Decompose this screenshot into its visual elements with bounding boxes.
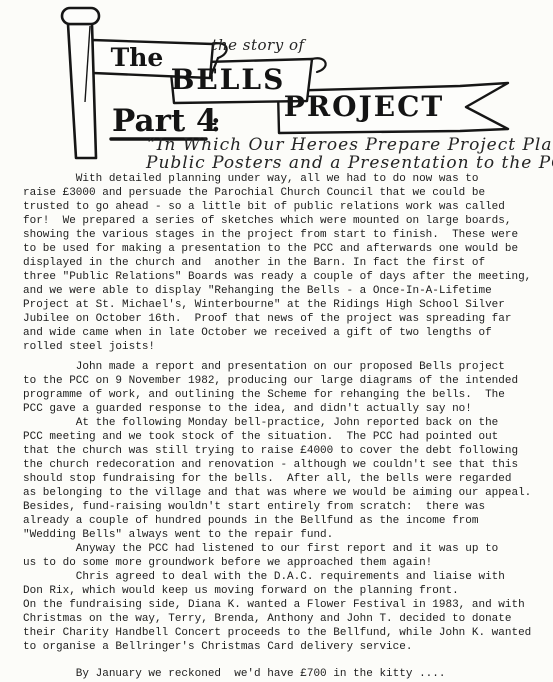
paragraph-block-closing-line: By January we reckoned we'd have £700 in… <box>0 667 553 681</box>
flag-pole-cap <box>62 8 99 24</box>
bells-project-banner-illustration: The the story of BELLS PROJECT Part 4 : … <box>0 0 553 172</box>
chapter-quote-line-2: Public Posters and a Presentation to the… <box>145 153 553 172</box>
flag-pole <box>68 24 96 158</box>
paragraph-block-planning-and-posters: With detailed planning under way, all we… <box>0 172 553 354</box>
story-of-label: the story of <box>211 36 306 54</box>
article-body: With detailed planning under way, all we… <box>0 172 553 681</box>
page-header: The the story of BELLS PROJECT Part 4 : … <box>0 0 553 172</box>
ribbon-fold-curl-right <box>312 58 326 72</box>
newsletter-page: The the story of BELLS PROJECT Part 4 : … <box>0 0 553 682</box>
part-4-colon: : <box>211 108 221 138</box>
banner-project-label: PROJECT <box>284 90 444 123</box>
banner-bells-label: BELLS <box>171 63 286 96</box>
banner-the-label: The <box>111 43 164 72</box>
chapter-quote-line-1: “In Which Our Heroes Prepare Project Pla… <box>147 135 553 155</box>
paragraph-block-pcc-report-and-fundraising: John made a report and presentation on o… <box>0 360 553 654</box>
part-4-label: Part 4 <box>112 103 218 139</box>
